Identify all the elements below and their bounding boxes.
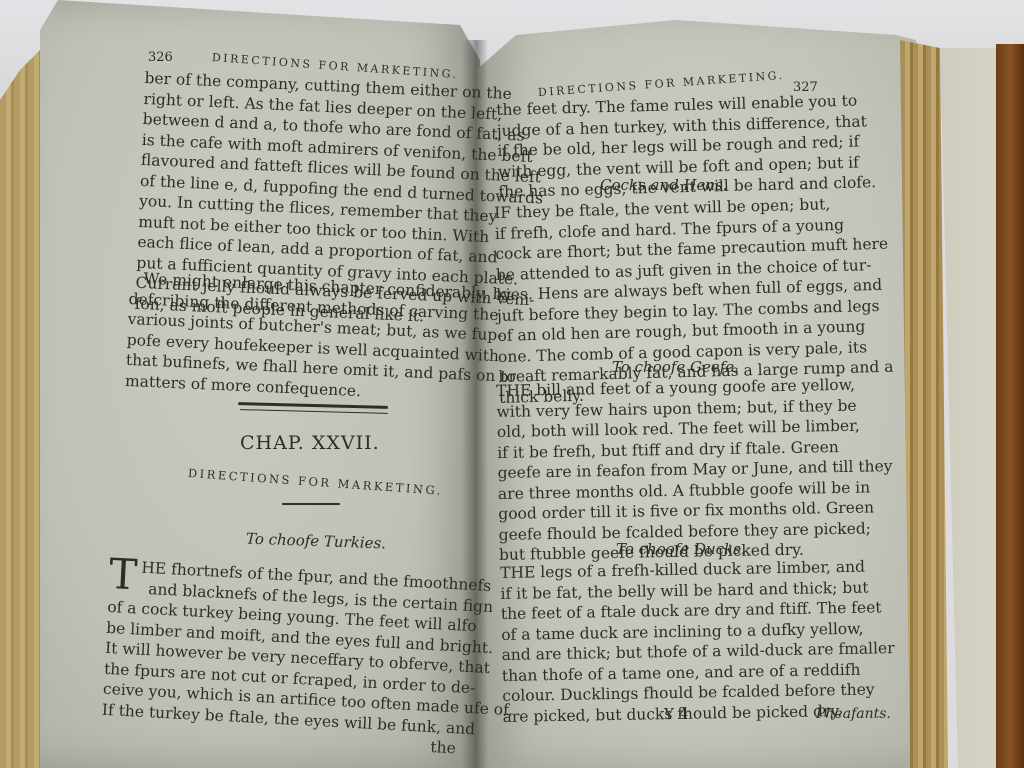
right-section-2: THE bill and feet of a young goofe are y… — [496, 374, 894, 565]
leather-cover — [996, 44, 1024, 768]
left-para-2: We might enlarge this chapter confiderab… — [125, 268, 520, 408]
book-photo: 326 DIRECTIONS FOR MARKETING. ber of the… — [0, 0, 1024, 768]
section-title-ducks: To choofe Ducks. — [616, 540, 746, 558]
chapter-heading: CHAP. XXVII. — [240, 432, 380, 454]
page-number-left: 326 — [148, 50, 173, 65]
section-title-cocks-hens: Cocks and Hens. — [600, 176, 728, 194]
drop-cap: T — [108, 556, 138, 593]
right-section-3: THE legs of a frefh-killed duck are limb… — [500, 556, 896, 727]
short-rule — [282, 503, 340, 505]
catchword: Pheafants. — [816, 706, 891, 722]
signature-mark: Y 4 — [664, 705, 688, 723]
left-para-3: THE fhortnefs of the fpur, and the fmoot… — [100, 556, 520, 762]
section-title-geese: To choofe Geefe. — [612, 358, 739, 376]
